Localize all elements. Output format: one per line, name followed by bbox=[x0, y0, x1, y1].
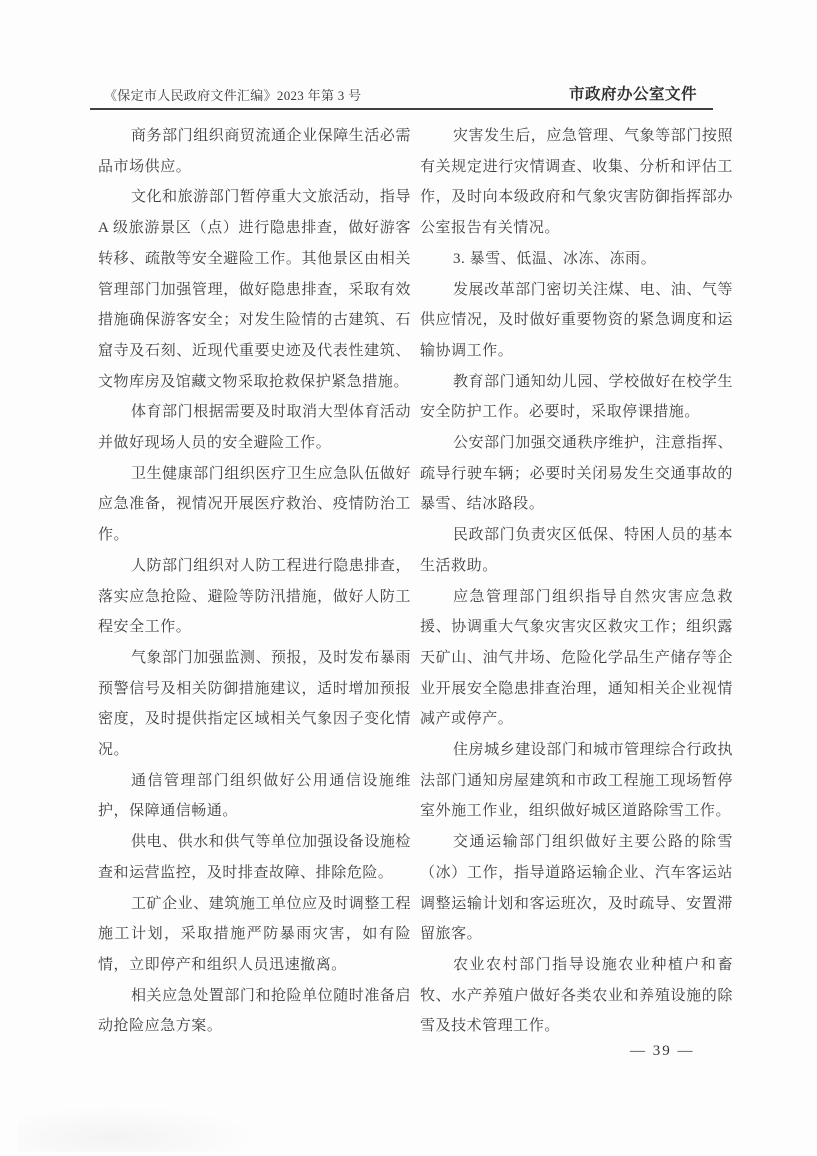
paragraph: 民政部门负责灾区低保、特困人员的基本生活救助。 bbox=[420, 520, 733, 581]
document-body: 商务部门组织商贸流通企业保障生活必需品市场供应。文化和旅游部门暂停重大文旅活动，… bbox=[98, 121, 733, 1042]
paragraph: 教育部门通知幼儿园、学校做好在校学生安全防护工作。必要时，采取停课措施。 bbox=[420, 367, 733, 428]
paragraph: 体育部门根据需要及时取消大型体育活动并做好现场人员的安全避险工作。 bbox=[98, 397, 411, 458]
paragraph: 发展改革部门密切关注煤、电、油、气等供应情况，及时做好重要物资的紧急调度和运输协… bbox=[420, 275, 733, 367]
paragraph: 公安部门加强交通秩序维护，注意指挥、疏导行驶车辆；必要时关闭易发生交通事故的暴雪… bbox=[420, 428, 733, 520]
paragraph: 交通运输部门组织做好主要公路的除雪（冰）工作，指导道路运输企业、汽车客运站调整运… bbox=[420, 827, 733, 950]
paragraph: 相关应急处置部门和抢险单位随时准备启动抢险应急方案。 bbox=[98, 981, 411, 1042]
left-column: 商务部门组织商贸流通企业保障生活必需品市场供应。文化和旅游部门暂停重大文旅活动，… bbox=[98, 121, 411, 1042]
right-column: 灾害发生后，应急管理、气象等部门按照有关规定进行灾情调查、收集、分析和评估工作，… bbox=[420, 121, 733, 1042]
page-number: — 39 — bbox=[630, 1043, 695, 1060]
paragraph: 应急管理部门组织指导自然灾害应急救援、协调重大气象灾害灾区救灾工作；组织露天矿山… bbox=[420, 582, 733, 736]
paragraph: 商务部门组织商贸流通企业保障生活必需品市场供应。 bbox=[98, 121, 411, 182]
page-header: 《保定市人民政府文件汇编》2023 年第 3 号 市政府办公室文件 bbox=[90, 82, 713, 104]
header-publication-title: 《保定市人民政府文件汇编》2023 年第 3 号 bbox=[104, 85, 361, 104]
paragraph: 通信管理部门组织做好公用通信设施维护，保障通信畅通。 bbox=[98, 766, 411, 827]
paragraph: 文化和旅游部门暂停重大文旅活动，指导A 级旅游景区（点）进行隐患排查，做好游客转… bbox=[98, 182, 411, 397]
paragraph: 气象部门加强监测、预报，及时发布暴雨预警信号及相关防御措施建议，适时增加预报密度… bbox=[98, 643, 411, 766]
paragraph: 卫生健康部门组织医疗卫生应急队伍做好应急准备，视情况开展医疗救治、疫情防治工作。 bbox=[98, 459, 411, 551]
scan-artifact bbox=[18, 1106, 258, 1152]
document-page: 《保定市人民政府文件汇编》2023 年第 3 号 市政府办公室文件 商务部门组织… bbox=[0, 0, 817, 1156]
header-document-category: 市政府办公室文件 bbox=[569, 82, 697, 104]
paragraph: 住房城乡建设部门和城市管理综合行政执法部门通知房屋建筑和市政工程施工现场暂停室外… bbox=[420, 735, 733, 827]
paragraph: 灾害发生后，应急管理、气象等部门按照有关规定进行灾情调查、收集、分析和评估工作，… bbox=[420, 121, 733, 244]
paragraph: 3. 暴雪、低温、冰冻、冻雨。 bbox=[420, 244, 733, 275]
paragraph: 人防部门组织对人防工程进行隐患排查，落实应急抢险、避险等防汛措施，做好人防工程安… bbox=[98, 551, 411, 643]
header-divider bbox=[90, 108, 713, 110]
paragraph: 工矿企业、建筑施工单位应及时调整工程施工计划，采取措施严防暴雨灾害，如有险情，立… bbox=[98, 889, 411, 981]
paragraph: 农业农村部门指导设施农业种植户和畜牧、水产养殖户做好各类农业和养殖设施的除雪及技… bbox=[420, 950, 733, 1042]
paragraph: 供电、供水和供气等单位加强设备设施检查和运营监控，及时排查故障、排除危险。 bbox=[98, 827, 411, 888]
